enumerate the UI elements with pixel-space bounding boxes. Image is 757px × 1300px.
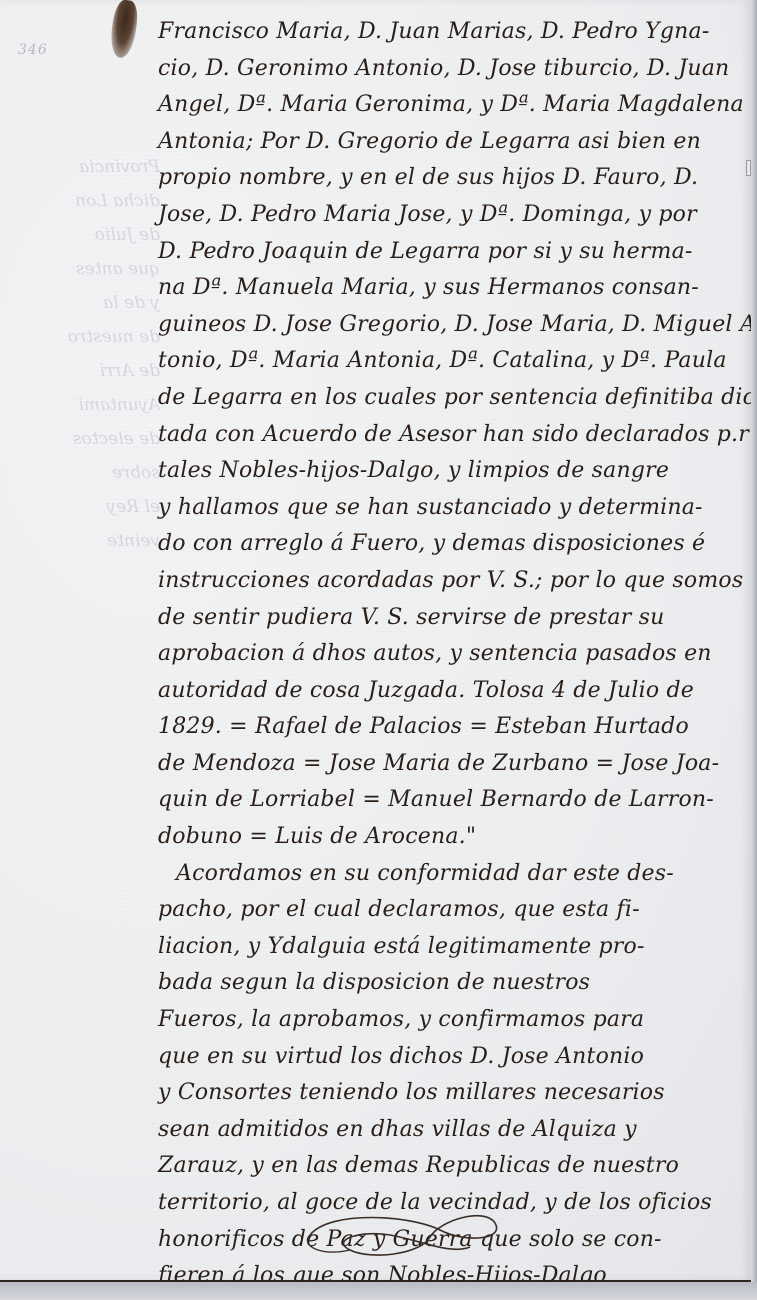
- manuscript-text: Francisco Maria, D. Juan Marias, D. Pedr…: [158, 14, 748, 1295]
- bleed-line: y de la: [0, 286, 160, 320]
- text-line: tales Nobles-hijos-Dalgo, y limpios de s…: [158, 453, 748, 490]
- text-line: y hallamos que se han sustanciado y dete…: [158, 490, 748, 527]
- text-line: y Consortes teniendo los millares necesa…: [158, 1075, 748, 1112]
- page-edge: [751, 0, 757, 1300]
- text-line: que en su virtud los dichos D. Jose Anto…: [158, 1039, 748, 1076]
- ink-blot: [108, 0, 140, 59]
- bleed-line: de nuestro: [0, 320, 160, 354]
- text-line: sean admitidos en dhas villas de Alquiza…: [158, 1112, 748, 1149]
- text-line: Jose, D. Pedro Maria Jose, y Dª. Dominga…: [158, 197, 748, 234]
- bleed-line: dicha Lon: [0, 184, 160, 218]
- text-line: pacho, por el cual declaramos, que esta …: [158, 892, 748, 929]
- text-line: instrucciones acordadas por V. S.; por l…: [158, 563, 748, 600]
- text-line: de Legarra en los cuales por sentencia d…: [158, 380, 748, 417]
- text-line: na Dª. Manuela Maria, y sus Hermanos con…: [158, 270, 748, 307]
- text-line: cio, D. Geronimo Antonio, D. Jose tiburc…: [158, 51, 748, 88]
- text-line: bada segun la disposicion de nuestros: [158, 965, 748, 1002]
- text-line: Acordamos en su conformidad dar este des…: [158, 856, 748, 893]
- text-line: dobuno = Luis de Arocena.": [158, 819, 748, 856]
- manuscript-page: 346 Provincia dicha Lon de Julio que ant…: [0, 0, 752, 1282]
- text-line: D. Pedro Joaquin de Legarra por si y su …: [158, 234, 748, 271]
- folio-number: 346: [18, 42, 48, 58]
- text-line: Zarauz, y en las demas Republicas de nue…: [158, 1148, 748, 1185]
- text-line: Antonia; Por D. Gregorio de Legarra asi …: [158, 124, 748, 161]
- text-line: quin de Lorriabel = Manuel Bernardo de L…: [158, 782, 748, 819]
- bleed-line: veinte: [0, 524, 160, 558]
- text-line: aprobacion á dhos autos, y sentencia pas…: [158, 636, 748, 673]
- bleed-line: de Arri: [0, 354, 160, 388]
- text-line: guineos D. Jose Gregorio, D. Jose Maria,…: [158, 307, 748, 344]
- text-line: de sentir pudiera V. S. servirse de pres…: [158, 600, 748, 637]
- bleed-line: que antes: [0, 252, 160, 286]
- bleed-line: de Julio: [0, 218, 160, 252]
- underlying-page: [0, 1282, 757, 1300]
- text-line: tada con Acuerdo de Asesor han sido decl…: [158, 417, 748, 454]
- flourish-ornament: [290, 1205, 520, 1265]
- text-line: propio nombre, y en el de sus hijos D. F…: [158, 160, 748, 197]
- text-line: tonio, Dª. Maria Antonia, Dª. Catalina, …: [158, 343, 748, 380]
- text-line: autoridad de cosa Juzgada. Tolosa 4 de J…: [158, 673, 748, 710]
- bleed-line: el Rey: [0, 490, 160, 524]
- binding-mark: [746, 160, 751, 176]
- bleed-line: de electos: [0, 422, 160, 456]
- text-line: liacion, y Ydalguia está legitimamente p…: [158, 929, 748, 966]
- bleed-line: sobre: [0, 456, 160, 490]
- text-line: 1829. = Rafael de Palacios = Esteban Hur…: [158, 709, 748, 746]
- bleed-through-text: Provincia dicha Lon de Julio que antes y…: [0, 150, 160, 1250]
- text-line: de Mendoza = Jose Maria de Zurbano = Jos…: [158, 746, 748, 783]
- bleed-line: Ayuntami: [0, 388, 160, 422]
- text-line: do con arreglo á Fuero, y demas disposic…: [158, 526, 748, 563]
- text-line: Angel, Dª. Maria Geronima, y Dª. Maria M…: [158, 87, 748, 124]
- bleed-line: Provincia: [0, 150, 160, 184]
- text-line: Fueros, la aprobamos, y confirmamos para: [158, 1002, 748, 1039]
- text-line: Francisco Maria, D. Juan Marias, D. Pedr…: [158, 14, 748, 51]
